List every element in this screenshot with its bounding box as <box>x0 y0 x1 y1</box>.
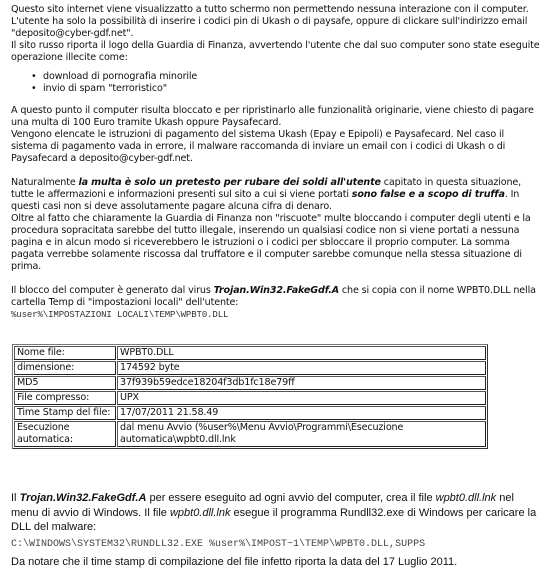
file-info-table: Nome file:WPBT0.DLLdimensione:174592 byt… <box>12 344 488 449</box>
row-value: dal menu Avvio (%user%\Menu Avvio\Progra… <box>117 421 486 447</box>
virus-name: Trojan.Win32.FakeGdf.A <box>214 285 339 296</box>
row-value: WPBT0.DLL <box>117 346 486 360</box>
row-value: 37f939b59edce18204f3db1fc18e79ff <box>117 376 486 390</box>
virus-name: Trojan.Win32.FakeGdf.A <box>20 492 147 504</box>
article-body: Questo sito internet viene visualizzatto… <box>11 4 541 321</box>
row-key: dimensione: <box>14 361 116 375</box>
lnk-file-name: wpbt0.dll.lnk <box>436 492 497 504</box>
warning-paragraph-2: Oltre al fatto che chiaramente la Guardi… <box>11 213 541 273</box>
startup-paragraph: Il Trojan.Win32.FakeGdf.A per essere ese… <box>11 491 541 535</box>
virus-paragraph: Il blocco del computer è generato dal vi… <box>11 285 541 309</box>
intro-paragraph: Questo sito internet viene visualizzatto… <box>11 4 541 40</box>
row-key: File compresso: <box>14 391 116 405</box>
list-item: invio di spam "terroristico" <box>43 83 541 95</box>
payment-paragraph: A questo punto il computer risulta blocc… <box>11 105 541 129</box>
payment-instructions-paragraph: Vengono elencate le istruzioni di pagame… <box>11 129 541 165</box>
table-row: dimensione:174592 byte <box>14 361 486 375</box>
warning-emphasis: la multa è solo un pretesto per rubare d… <box>78 177 380 188</box>
row-key: Esecuzione automatica: <box>14 421 116 447</box>
intro-paragraph-2: Il sito russo riporta il logo della Guar… <box>11 40 541 64</box>
table-row: Esecuzione automatica:dal menu Avvio (%u… <box>14 421 486 447</box>
illegal-operations-list: download di pornografia minorile invio d… <box>11 71 541 95</box>
table-row: File compresso:UPX <box>14 391 486 405</box>
row-key: Nome file: <box>14 346 116 360</box>
list-item: download di pornografia minorile <box>43 71 541 83</box>
virus-path: %user%\IMPOSTAZIONI LOCALI\TEMP\WPBT0.DL… <box>11 309 541 321</box>
row-key: Time Stamp del file: <box>14 406 116 420</box>
warning-emphasis-2: sono false e a scopo di truffa <box>352 189 505 200</box>
row-value: UPX <box>117 391 486 405</box>
warning-paragraph: Naturalmente la multa è solo un pretesto… <box>11 177 541 213</box>
timestamp-note: Da notare che il time stamp di compilazi… <box>11 555 541 570</box>
row-value: 17/07/2011 21.58.49 <box>117 406 486 420</box>
startup-section: Il Trojan.Win32.FakeGdf.A per essere ese… <box>11 491 541 570</box>
table-row: MD537f939b59edce18204f3db1fc18e79ff <box>14 376 486 390</box>
lnk-file-name: wpbt0.dll.lnk <box>170 507 231 519</box>
rundll-command: C:\WINDOWS\SYSTEM32\RUNDLL32.EXE %user%\… <box>11 538 541 553</box>
table-row: Time Stamp del file:17/07/2011 21.58.49 <box>14 406 486 420</box>
table-row: Nome file:WPBT0.DLL <box>14 346 486 360</box>
row-key: MD5 <box>14 376 116 390</box>
row-value: 174592 byte <box>117 361 486 375</box>
